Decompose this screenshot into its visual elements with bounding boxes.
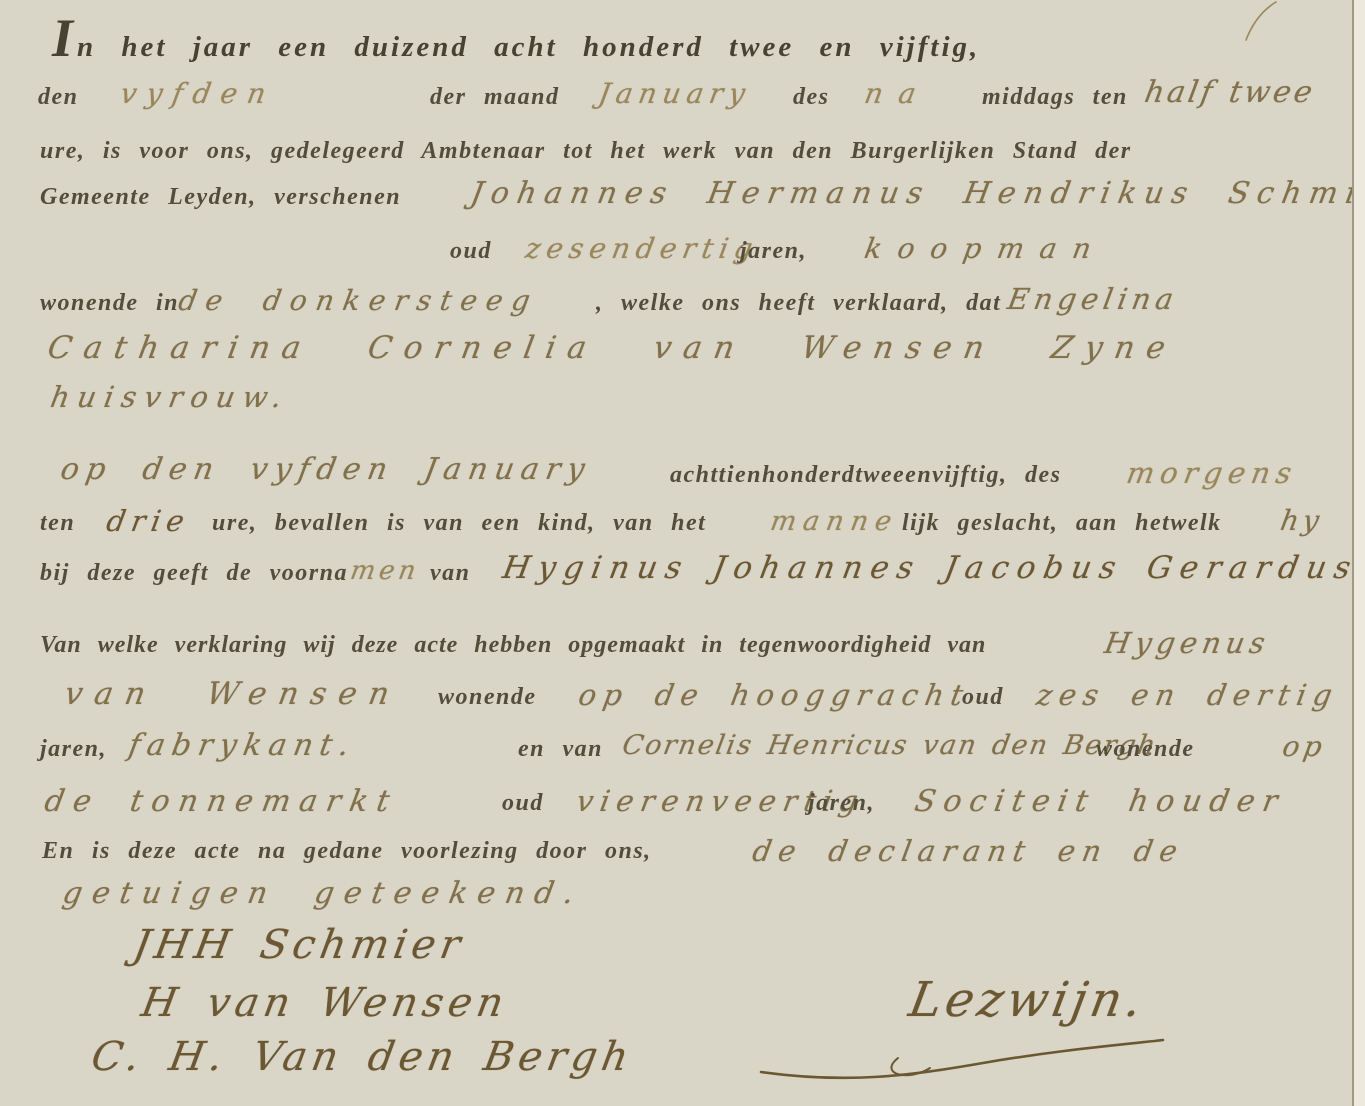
printed-opening-year: n het jaar een duizend acht honderd twee… <box>77 31 980 63</box>
handwritten-mother-names: Catharina Cornelia van Wensen Zyne <box>45 330 1180 366</box>
handwritten-before-after: na <box>862 77 935 110</box>
printed-closing: En is deze acte na gedane voorlezing doo… <box>42 838 652 865</box>
handwritten-men-suffix: men <box>348 556 422 586</box>
handwritten-witness1-age: zes en dertig <box>1034 678 1342 712</box>
handwritten-declarant-address: de donkersteeg <box>176 284 542 317</box>
handwritten-gender-prefix: manne <box>768 506 901 537</box>
handwritten-birth-hour: drie <box>104 504 193 538</box>
printed-en-van: en van <box>518 736 603 763</box>
handwritten-hij: hy <box>1278 504 1326 537</box>
page-edge-line <box>1352 0 1354 1106</box>
printed-des: des <box>793 84 830 111</box>
printed-oud: oud <box>450 238 492 265</box>
printed-opening-line: In het jaar een duizend acht honderd twe… <box>52 6 980 79</box>
birth-record-scan: In het jaar een duizend acht honderd twe… <box>0 0 1365 1106</box>
printed-year-1852: achttienhonderdtweeenvijftig, des <box>670 462 1061 489</box>
handwritten-witness1-address: op de hooggracht <box>576 678 973 712</box>
printed-witness-intro: Van welke verklaring wij deze acte hebbe… <box>40 632 986 659</box>
signature-flourish <box>758 1030 1178 1085</box>
page-margin-strip <box>1354 0 1365 1106</box>
printed-wonende-in: wonende in <box>40 290 179 317</box>
handwritten-birth-date: op den vyfden January <box>58 452 594 487</box>
handwritten-witness2-address: de tonnemarkt <box>42 784 401 819</box>
printed-middags-ten: middags ten <box>982 84 1128 111</box>
handwritten-witness1-occupation: fabrykant. <box>126 728 359 763</box>
handwritten-witness1-surname: van Wensen <box>62 676 404 712</box>
handwritten-witness2-name: Cornelis Henricus van den Bergh <box>620 730 1160 761</box>
handwritten-mother-relation: huisvrouw. <box>48 380 292 414</box>
handwritten-witness1-firstname: Hygenus <box>1102 626 1273 660</box>
printed-jaren-2: jaren, <box>40 736 107 763</box>
printed-opening-initial: I <box>52 8 73 68</box>
signature-witness2: C. H. Van den Bergh <box>88 1034 637 1080</box>
handwritten-mother-firstname: Engelina <box>1005 282 1181 316</box>
handwritten-declarant-age: zesendertig <box>523 232 761 265</box>
printed-der-maand: der maand <box>430 84 560 111</box>
handwritten-child-names: Hyginus Johannes Jacobus Gerardus <box>500 550 1361 586</box>
printed-jaren-3: jaren, <box>808 790 875 817</box>
handwritten-time: half twee <box>1142 75 1318 110</box>
handwritten-witness2-occupation: Sociteit houder <box>912 784 1288 819</box>
handwritten-day: vyfden <box>118 77 278 110</box>
signature-witness1: H van Wensen <box>138 980 512 1026</box>
printed-bevallen: ure, bevallen is van een kind, van het <box>212 510 706 537</box>
printed-verklaard-dat: , welke ons heeft verklaard, dat <box>596 290 1001 317</box>
printed-oud-2: oud <box>962 684 1004 711</box>
printed-voornamen: bij deze geeft de voorna <box>40 560 348 587</box>
printed-wonende-2: wonende <box>1096 736 1195 763</box>
printed-wonende: wonende <box>438 684 537 711</box>
handwritten-declarant-occupation: koopman <box>862 232 1110 265</box>
handwritten-closing-2: getuigen geteekend. <box>60 876 586 911</box>
handwritten-op: op <box>1280 730 1329 763</box>
printed-gemeente-leyden: Gemeente Leyden, verschenen <box>40 184 401 211</box>
signature-official: Lezwijn. <box>905 972 1150 1028</box>
ink-stroke-icon <box>1240 0 1285 42</box>
printed-den: den <box>38 84 79 111</box>
handwritten-closing-1: de declarant en de <box>750 834 1187 868</box>
printed-geslacht: lijk geslacht, aan hetwelk <box>902 510 1222 537</box>
handwritten-declarant-name: Johannes Hermanus Hendrikus Schmier <box>468 176 1365 211</box>
printed-van: van <box>430 560 471 587</box>
printed-official-intro: ure, is voor ons, gedelegeerd Ambtenaar … <box>40 138 1132 165</box>
signature-declarant: JHH Schmier <box>130 922 469 968</box>
printed-ten: ten <box>40 510 75 537</box>
printed-jaren: jaren, <box>740 238 807 265</box>
printed-oud-3: oud <box>502 790 544 817</box>
handwritten-month: January <box>596 77 754 110</box>
handwritten-birth-daypart: morgens <box>1124 456 1300 490</box>
